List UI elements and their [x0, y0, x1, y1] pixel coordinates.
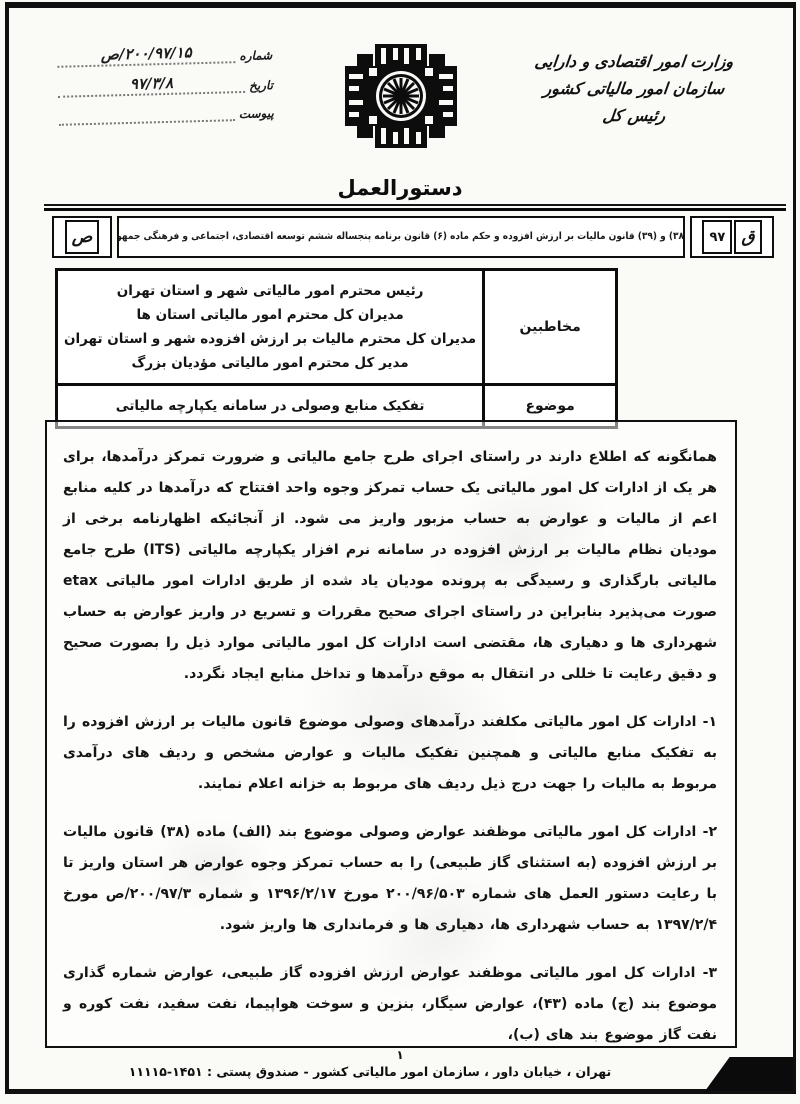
stamp-attachment-value	[58, 102, 234, 126]
classification-subject-text: اجرای حکم مواد (۳۸) و (۳۹) قانون مالیات …	[117, 232, 685, 243]
page-number: ۱	[0, 1048, 800, 1062]
body-item-2: ۲- ادارات کل امور مالیاتی موظفند عوارض و…	[63, 817, 717, 941]
recipient-line: مدیران کل محترم امور مالیاتی استان ها	[64, 303, 476, 327]
stamp-date-value: ۹۷/۳/۸	[58, 72, 246, 98]
classification-type-letter: ص	[72, 227, 93, 247]
body-intro-paragraph: همانگونه که اطلاع دارند در راستای اجرای …	[63, 442, 717, 690]
stamp-attachment-label: پیوست	[239, 106, 274, 121]
recipients-row: مخاطبین رئیس محترم امور مالیاتی شهر و اس…	[57, 270, 617, 385]
classification-code-box: ق ۹۷	[690, 216, 774, 258]
recipient-line: رئیس محترم امور مالیاتی شهر و استان تهرا…	[64, 279, 476, 303]
stamp-number-row: شماره ۲۰۰/۹۷/۱۵/ص	[57, 41, 272, 68]
body-text-box: همانگونه که اطلاع دارند در راستای اجرای …	[45, 420, 737, 1048]
stamp-attachment-row: پیوست	[58, 101, 273, 126]
recipient-line: مدیر کل محترم امور مالیاتی مؤدیان بزرگ	[64, 351, 476, 375]
body-item-3: ۳- ادارات کل امور مالیاتی موظفند عوارض ا…	[63, 958, 717, 1051]
recipient-line: مدیران کل محترم مالیات بر ارزش افزوده شه…	[64, 327, 476, 351]
classification-subject-box: اجرای حکم مواد (۳۸) و (۳۹) قانون مالیات …	[117, 216, 685, 258]
body-item-1: ۱- ادارات کل امور مالیاتی مکلفند درآمدها…	[63, 707, 717, 800]
stamp-date-label: تاریخ	[249, 78, 273, 93]
scanned-directive-page: شماره ۲۰۰/۹۷/۱۵/ص تاریخ ۹۷/۳/۸ پیوست	[0, 0, 800, 1104]
footer-address: تهران ، خیابان داور ، سازمان امور مالیات…	[0, 1064, 740, 1079]
classification-letter-cell: ق	[734, 220, 761, 254]
letterhead-office: رئیس کل	[503, 106, 765, 125]
document-title: دستورالعمل	[0, 176, 800, 200]
letterhead-organization: سازمان امور مالیاتی کشور	[503, 79, 765, 98]
stamp-date-row: تاریخ ۹۷/۳/۸	[58, 71, 273, 98]
classification-letter: ق	[741, 227, 754, 247]
classification-strip: ق ۹۷ اجرای حکم مواد (۳۸) و (۳۹) قانون ما…	[52, 216, 774, 258]
classification-type-box: ص	[52, 216, 112, 258]
recipients-label: مخاطبین	[484, 270, 617, 385]
classification-year-cell: ۹۷	[702, 220, 732, 254]
tax-organization-emblem-icon	[338, 44, 464, 148]
recipients-subject-table: مخاطبین رئیس محترم امور مالیاتی شهر و اس…	[55, 268, 618, 429]
letterhead-ministry: وزارت امور اقتصادی و دارایی	[503, 52, 765, 71]
letterhead-block: وزارت امور اقتصادی و دارایی سازمان امور …	[504, 52, 764, 125]
stamp-number-value: ۲۰۰/۹۷/۱۵/ص	[57, 42, 236, 68]
classification-type-cell: ص	[65, 220, 100, 254]
footer-corner-shape	[705, 1057, 793, 1091]
title-divider	[44, 204, 786, 212]
handwritten-stamp-block: شماره ۲۰۰/۹۷/۱۵/ص تاریخ ۹۷/۳/۸ پیوست	[57, 41, 274, 135]
classification-year: ۹۷	[709, 230, 725, 245]
recipients-list: رئیس محترم امور مالیاتی شهر و استان تهرا…	[57, 270, 484, 385]
stamp-number-label: شماره	[239, 48, 272, 63]
